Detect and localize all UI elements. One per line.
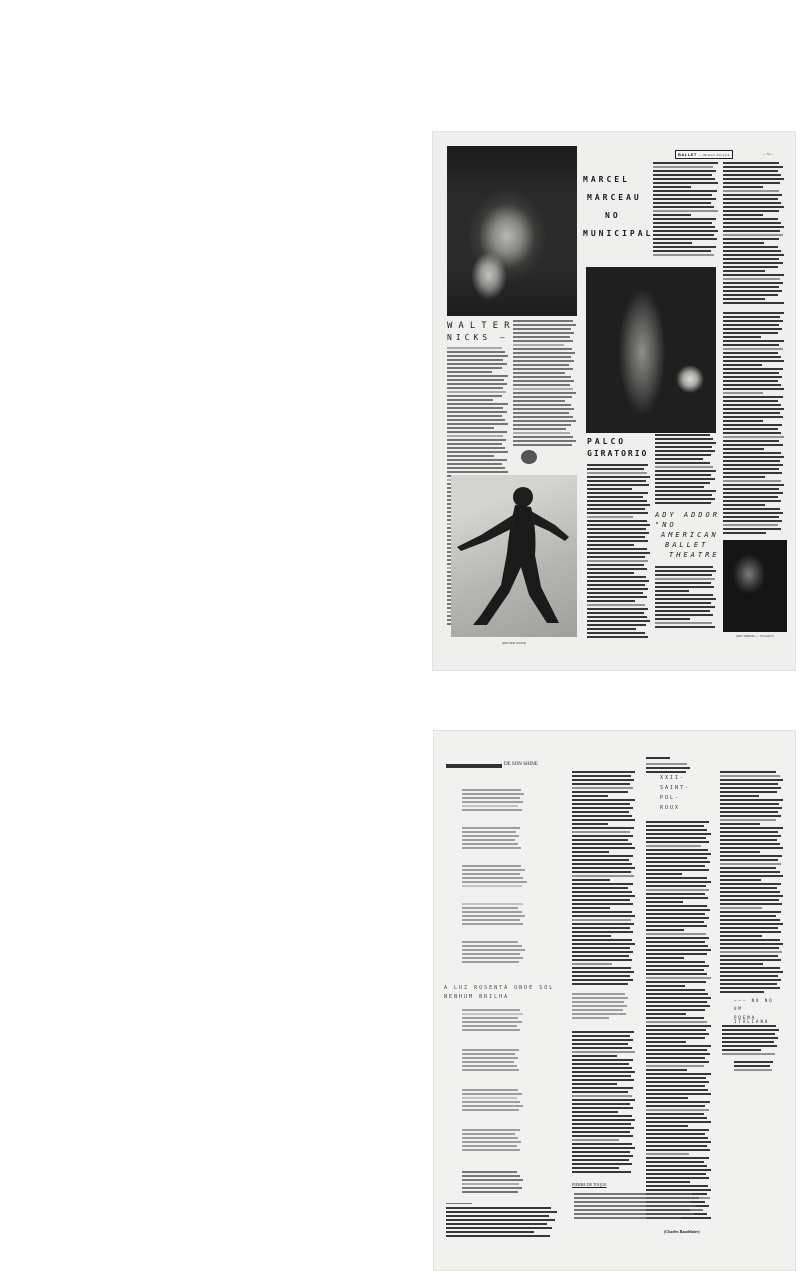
text-line	[572, 891, 632, 893]
text-line	[723, 266, 778, 268]
article-text-marceau-col3	[723, 312, 785, 536]
poem-text-1	[462, 789, 526, 813]
text-line	[646, 853, 711, 855]
text-line	[723, 532, 766, 534]
text-line	[572, 787, 633, 789]
text-line	[572, 1063, 629, 1065]
text-line	[513, 332, 574, 334]
text-line	[723, 404, 781, 406]
text-line	[646, 1181, 690, 1183]
text-line	[646, 989, 705, 991]
text-line	[646, 961, 705, 963]
text-line	[572, 791, 628, 793]
text-line	[720, 847, 783, 849]
text-line	[574, 1213, 694, 1215]
text-line	[723, 190, 779, 192]
text-line	[653, 246, 716, 248]
text-line	[446, 1231, 534, 1233]
text-line	[723, 476, 765, 478]
text-line	[572, 1147, 635, 1149]
text-line	[646, 763, 687, 765]
text-line	[646, 925, 707, 927]
headline-poema-italiano-line3: POEMA ITALIANO	[734, 1016, 795, 1024]
text-line	[447, 403, 508, 405]
text-line	[720, 959, 781, 961]
text-line	[723, 420, 763, 422]
text-line	[572, 875, 634, 877]
text-line	[720, 915, 776, 917]
text-line	[723, 348, 783, 350]
text-line	[723, 340, 784, 342]
text-line	[653, 178, 715, 180]
text-line	[723, 428, 778, 430]
text-line	[723, 324, 779, 326]
text-line	[720, 979, 781, 981]
text-line	[723, 352, 778, 354]
saint-pol-roux-kicker	[646, 757, 670, 759]
text-line	[655, 466, 713, 468]
text-line	[646, 1021, 707, 1023]
text-line	[446, 1207, 551, 1209]
text-line	[587, 464, 648, 466]
text-line	[734, 1061, 773, 1063]
text-line	[462, 915, 525, 917]
text-line	[646, 837, 706, 839]
text-line	[646, 921, 704, 923]
text-line	[646, 1045, 711, 1047]
text-line	[646, 1149, 710, 1151]
text-line	[655, 578, 715, 580]
text-line	[720, 923, 783, 925]
text-line	[723, 512, 783, 514]
headline-marcel-marceau-line4: MUNICIPAL	[583, 230, 653, 238]
text-line	[572, 843, 632, 845]
text-line	[572, 923, 634, 925]
text-line	[723, 214, 763, 216]
text-line	[723, 182, 780, 184]
text-line	[572, 1005, 627, 1007]
text-line	[572, 951, 633, 953]
text-line	[723, 238, 779, 240]
text-line	[723, 528, 781, 530]
text-line	[574, 1197, 699, 1199]
photo-dancer-leaping	[451, 475, 577, 637]
text-line	[587, 536, 645, 538]
text-line	[723, 360, 784, 362]
text-line	[447, 371, 492, 373]
text-line	[722, 1037, 778, 1039]
text-line	[646, 933, 706, 935]
headline-redacted-bar	[446, 764, 502, 768]
footnote-text	[446, 1207, 558, 1239]
text-line	[572, 1043, 628, 1045]
text-line	[587, 508, 645, 510]
text-line	[462, 1029, 520, 1031]
text-line	[723, 198, 778, 200]
text-line	[462, 805, 518, 807]
text-line	[572, 783, 630, 785]
text-line	[572, 1143, 632, 1145]
text-line	[646, 977, 711, 979]
headline-poema-italiano-line2: UM	[734, 1007, 743, 1011]
text-line	[653, 230, 718, 232]
article-text-middle-col	[572, 771, 636, 987]
text-line	[462, 1093, 522, 1095]
text-line	[646, 849, 708, 851]
text-line	[447, 367, 502, 369]
text-line	[646, 833, 711, 835]
text-line	[723, 376, 782, 378]
text-line	[572, 879, 610, 881]
article-text-saint-pol-roux	[646, 821, 712, 1221]
text-line	[572, 1067, 632, 1069]
text-line	[646, 1017, 704, 1019]
text-line	[655, 614, 713, 616]
text-line	[572, 815, 632, 817]
caption-ady-addor: (ADY ADDOR — "O GALO")	[723, 634, 787, 638]
text-line	[574, 1201, 690, 1203]
text-line	[653, 190, 717, 192]
quote-block-middle	[572, 993, 630, 1021]
text-line	[646, 1097, 688, 1099]
text-line	[572, 1107, 633, 1109]
text-line	[723, 452, 781, 454]
text-line	[462, 945, 522, 947]
text-line	[723, 380, 778, 382]
text-line	[462, 827, 520, 829]
text-line	[720, 919, 780, 921]
text-line	[513, 344, 564, 346]
text-line	[655, 462, 710, 464]
text-line	[572, 1167, 619, 1169]
poem-text-4	[462, 903, 526, 927]
text-line	[646, 1157, 709, 1159]
text-line	[462, 869, 525, 871]
signature-baudelaire: (Charles Baudelaire)	[664, 1229, 700, 1234]
text-line	[720, 911, 781, 913]
text-line	[572, 1095, 632, 1097]
text-line	[572, 1135, 633, 1137]
text-line	[723, 332, 778, 334]
text-line	[722, 1025, 776, 1027]
text-line	[646, 909, 710, 911]
text-line	[447, 431, 507, 433]
text-line	[462, 1065, 517, 1067]
text-line	[720, 839, 777, 841]
text-line	[572, 1115, 632, 1117]
text-line	[513, 400, 565, 402]
text-line	[723, 364, 762, 366]
text-line	[646, 1109, 709, 1111]
text-line	[513, 320, 573, 322]
text-line	[646, 1053, 710, 1055]
text-line	[447, 383, 507, 385]
text-line	[462, 1009, 520, 1011]
text-line	[572, 1059, 633, 1061]
text-line	[572, 943, 635, 945]
text-line	[653, 170, 716, 172]
headline-poema-italiano-line1: ——— NO NO	[734, 999, 774, 1003]
text-line	[572, 887, 628, 889]
text-line	[646, 1065, 704, 1067]
text-line	[572, 899, 630, 901]
text-line	[587, 556, 645, 558]
text-line	[655, 582, 711, 584]
text-line	[572, 1099, 635, 1101]
text-line	[574, 1217, 681, 1219]
text-line	[462, 1145, 517, 1147]
text-line	[655, 598, 716, 600]
text-line	[646, 1125, 688, 1127]
text-line	[653, 198, 716, 200]
text-line	[446, 1211, 557, 1213]
text-line	[462, 1137, 518, 1139]
poem-text-8	[462, 1089, 524, 1113]
text-line	[723, 290, 782, 292]
article-text-right-col	[720, 771, 784, 995]
text-line	[722, 1033, 775, 1035]
text-line	[723, 488, 779, 490]
text-line	[723, 524, 778, 526]
text-line	[572, 1171, 631, 1173]
text-line	[646, 917, 709, 919]
text-line	[653, 174, 712, 176]
text-line	[646, 885, 706, 887]
text-line	[720, 771, 776, 773]
poem-text-7	[462, 1049, 520, 1073]
text-line	[447, 391, 506, 393]
text-line	[572, 871, 631, 873]
text-line	[572, 955, 629, 957]
text-line	[462, 1141, 521, 1143]
text-line	[462, 877, 523, 879]
text-line	[720, 983, 777, 985]
text-line	[572, 1131, 630, 1133]
text-line	[446, 1235, 550, 1237]
text-line	[655, 606, 715, 608]
text-line	[653, 238, 717, 240]
text-line	[572, 1039, 633, 1041]
headline-a-luz-rosenta-line2: NENHUM BRILHA	[444, 995, 509, 1000]
text-line	[572, 903, 633, 905]
text-line	[462, 949, 525, 951]
text-line	[653, 202, 711, 204]
article-text-marceau-col1	[653, 162, 719, 258]
text-line	[587, 596, 647, 598]
text-line	[646, 1073, 711, 1075]
text-line	[447, 379, 504, 381]
text-line	[646, 1137, 708, 1139]
text-line	[653, 194, 712, 196]
text-line	[587, 600, 635, 602]
text-line	[723, 388, 784, 390]
text-line	[646, 985, 685, 987]
text-line	[723, 230, 780, 232]
poem-text-5	[462, 941, 526, 965]
text-line	[572, 835, 633, 837]
headline-walter-nicks-line2: NICKS —	[447, 334, 509, 342]
text-line	[723, 294, 778, 296]
text-line	[646, 861, 710, 863]
text-line	[572, 919, 631, 921]
text-line	[572, 883, 633, 885]
poem-text-6	[462, 1009, 524, 1033]
article-text-poema-italiano	[722, 1025, 780, 1057]
text-line	[646, 877, 707, 879]
text-line	[720, 887, 777, 889]
text-line	[513, 376, 571, 378]
text-line	[572, 827, 634, 829]
text-line	[572, 1055, 617, 1057]
text-line	[462, 1133, 515, 1135]
text-line	[646, 767, 690, 769]
text-line	[723, 444, 783, 446]
text-line	[646, 1049, 707, 1051]
text-line	[720, 807, 782, 809]
dancer-silhouette-icon	[451, 475, 577, 637]
text-line	[447, 419, 505, 421]
text-line	[572, 1151, 630, 1153]
text-line	[723, 392, 763, 394]
section-label-text: BALLET	[678, 152, 697, 157]
text-line	[723, 336, 761, 338]
text-line	[587, 516, 633, 518]
text-line	[587, 612, 644, 614]
caption-walter-nicks: (WALTER NICKS)	[451, 641, 577, 645]
text-line	[572, 997, 628, 999]
text-line	[723, 372, 779, 374]
text-line	[572, 1013, 626, 1015]
text-line	[462, 847, 521, 849]
text-line	[723, 174, 781, 176]
text-line	[720, 791, 777, 793]
text-line	[723, 436, 784, 438]
text-line	[723, 396, 783, 398]
text-line	[653, 242, 692, 244]
text-line	[723, 520, 782, 522]
text-line	[720, 787, 781, 789]
text-line	[723, 206, 784, 208]
text-line	[655, 474, 711, 476]
text-line	[572, 967, 631, 969]
section-byline: — Wilson Pereira	[698, 153, 729, 157]
text-line	[723, 412, 780, 414]
text-line	[646, 937, 709, 939]
text-line	[722, 1045, 777, 1047]
text-line	[462, 1149, 520, 1151]
text-line	[646, 929, 684, 931]
headline-palco-giratorio-line2: GIRATORIO	[587, 450, 648, 458]
text-line	[587, 588, 648, 590]
text-line	[513, 324, 576, 326]
text-line	[572, 915, 635, 917]
text-line	[720, 815, 781, 817]
text-line	[653, 250, 711, 252]
text-line	[646, 1105, 705, 1107]
text-line	[572, 867, 635, 869]
text-line	[447, 423, 508, 425]
text-line	[587, 488, 632, 490]
footnote-divider	[446, 1203, 472, 1204]
text-line	[587, 492, 648, 494]
text-line	[572, 1155, 633, 1157]
text-line	[723, 250, 781, 252]
text-line	[646, 1081, 709, 1083]
text-line	[723, 274, 784, 276]
text-line	[723, 242, 764, 244]
text-line	[723, 516, 779, 518]
text-line	[447, 407, 503, 409]
text-line	[462, 1171, 517, 1173]
text-line	[723, 432, 781, 434]
text-line	[646, 953, 707, 955]
text-line	[646, 1013, 686, 1015]
article-text-pierre-de-toque	[574, 1193, 704, 1221]
text-line	[646, 1009, 705, 1011]
text-line	[587, 520, 647, 522]
text-line	[447, 455, 494, 457]
text-line	[572, 807, 633, 809]
text-line	[572, 971, 634, 973]
headline-marcel-marceau-line3: NO	[605, 212, 621, 220]
text-line	[587, 544, 634, 546]
text-line	[655, 486, 704, 488]
text-line	[720, 799, 783, 801]
text-line	[513, 416, 573, 418]
text-line	[646, 1121, 711, 1123]
text-line	[646, 897, 708, 899]
text-line	[446, 1223, 547, 1225]
text-line	[646, 1177, 709, 1179]
text-line	[572, 939, 632, 941]
text-line	[587, 540, 648, 542]
text-line	[720, 987, 780, 989]
text-line	[734, 1069, 772, 1071]
text-line	[462, 1061, 514, 1063]
text-line	[723, 464, 783, 466]
text-line	[462, 789, 521, 791]
text-line	[722, 1041, 774, 1043]
text-line	[723, 298, 765, 300]
text-line	[653, 234, 714, 236]
text-line	[723, 210, 779, 212]
text-line	[720, 863, 781, 865]
text-line	[462, 957, 523, 959]
text-line	[646, 1033, 709, 1035]
text-line	[446, 1219, 555, 1221]
text-line	[572, 1111, 618, 1113]
photo-marceau-portrait	[447, 146, 577, 316]
text-line	[447, 387, 503, 389]
text-line	[653, 162, 718, 164]
text-line	[587, 528, 646, 530]
text-line	[723, 178, 784, 180]
text-line	[653, 222, 712, 224]
text-line	[722, 1049, 761, 1051]
text-line	[655, 458, 703, 460]
text-line	[655, 586, 714, 588]
text-line	[446, 1215, 549, 1217]
text-line	[723, 162, 779, 164]
text-line	[572, 1123, 631, 1125]
text-line	[587, 632, 645, 634]
text-line	[462, 953, 520, 955]
text-line	[513, 444, 572, 446]
text-line	[646, 969, 704, 971]
text-line	[513, 360, 574, 362]
text-line	[720, 907, 762, 909]
text-line	[447, 439, 506, 441]
